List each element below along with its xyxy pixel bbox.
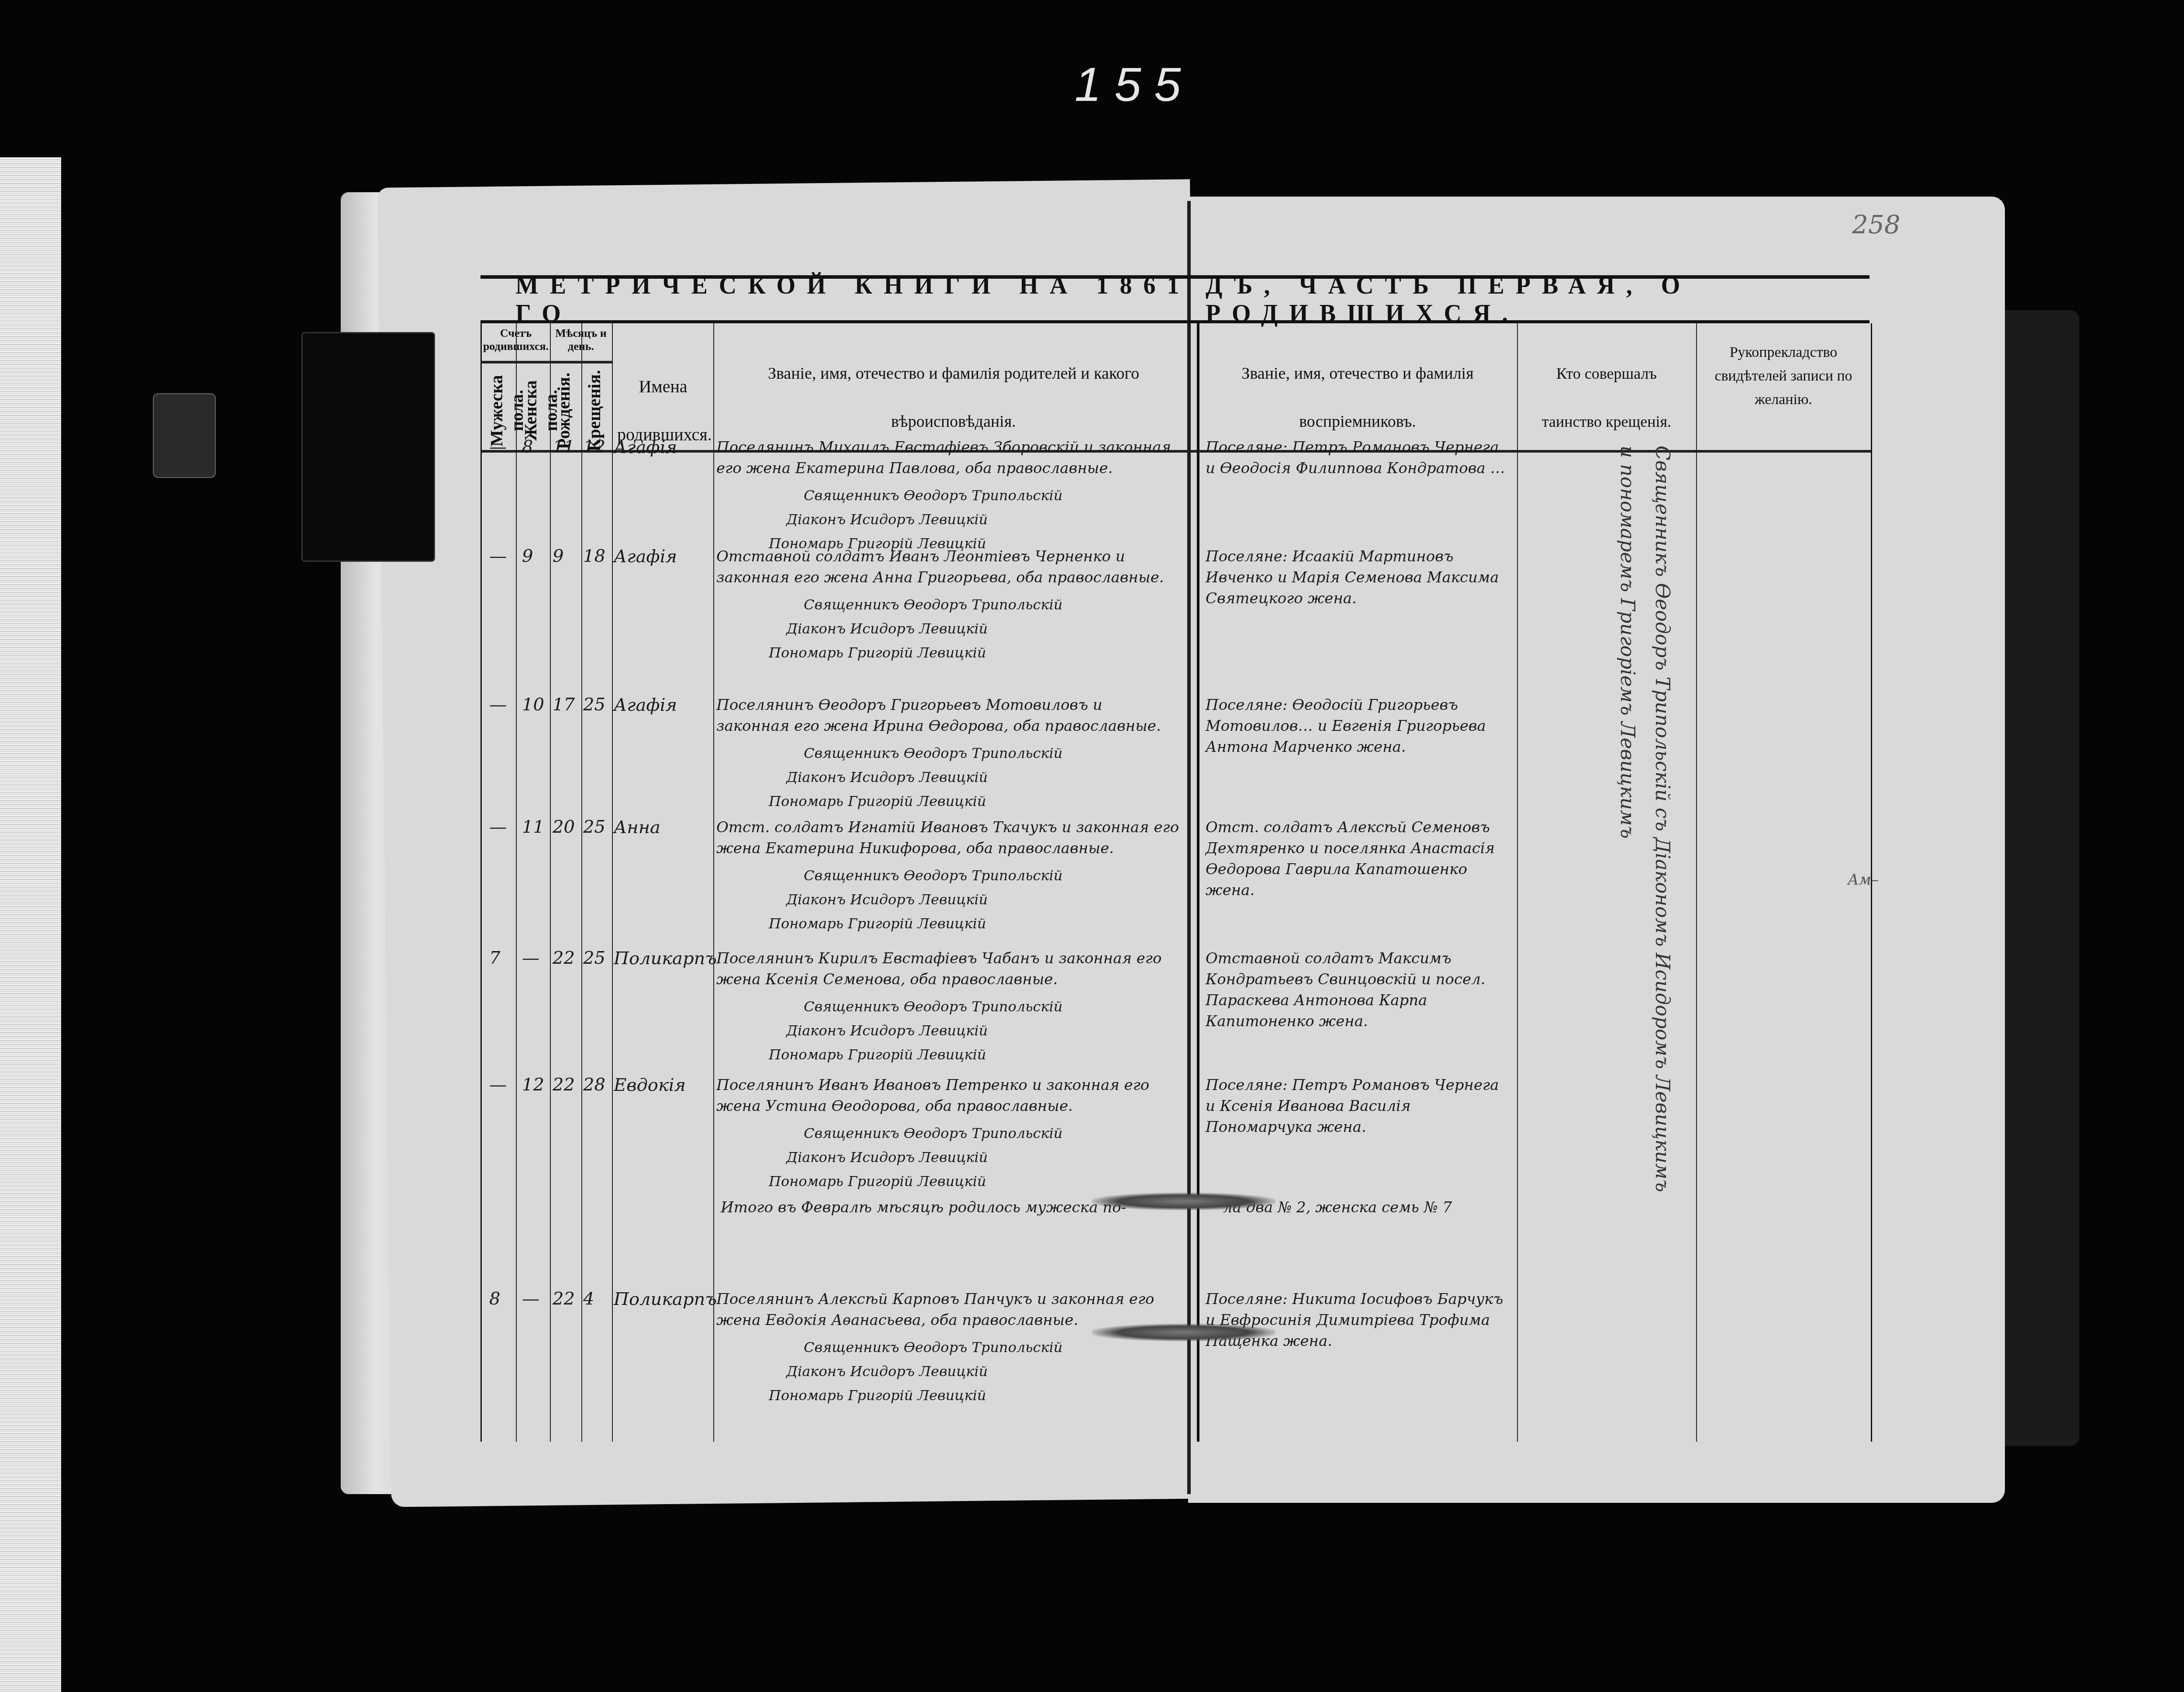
binder-clip: [301, 332, 435, 562]
entry-female: —: [522, 1289, 539, 1309]
entry-child-name: Агафія: [614, 437, 714, 458]
col-female: [516, 323, 551, 1442]
scan-artifact-left: [0, 157, 61, 1692]
entry-baptism-day: 12: [583, 437, 605, 457]
entry-female: 10: [522, 695, 544, 715]
col-names: [612, 323, 714, 1442]
entry-child-name: Евдокія: [614, 1075, 714, 1096]
officiant-note-line2: и пономаремъ Григоріемъ Левицкимъ: [1616, 446, 1638, 926]
entry-signature: Діаконъ Исидоръ Левицкій: [786, 1020, 1179, 1041]
entry-male: —: [489, 1075, 507, 1095]
header-godparents: Званіе, имя, отечество и фамилія воспріе…: [1207, 349, 1508, 446]
header-witnesses: Рукопрекладство свидѣтелей записи по жел…: [1700, 341, 1866, 412]
entry-female: 11: [522, 817, 544, 837]
entry-child-name: Поликарпъ: [614, 948, 714, 969]
entry-baptism-day: 28: [583, 1075, 605, 1095]
entry-parents: Отставной солдатъ Иванъ Леонтіевъ Чернен…: [716, 546, 1179, 588]
entry-child-name: Агафія: [614, 695, 714, 716]
entry-baptism-day: 4: [583, 1289, 594, 1309]
entry-godparents: Отст. солдатъ Алексѣй Семеновъ Дехтяренк…: [1206, 817, 1511, 901]
entry-godparents: Поселяне: Петръ Романовъ Чернега и Ксені…: [1206, 1075, 1511, 1138]
entry-signature: Священникъ Өеодоръ Трипольскій: [804, 594, 1197, 615]
entry-signature: Діаконъ Исидоръ Левицкій: [786, 767, 1179, 788]
frame-number: 155: [1075, 57, 1194, 112]
entry-female: 8: [522, 437, 533, 457]
entry-parents: Отст. солдатъ Игнатій Ивановъ Ткачукъ и …: [716, 817, 1179, 859]
entry-signature: Діаконъ Исидоръ Левицкій: [786, 618, 1179, 639]
header-parents: Званіе, имя, отечество и фамилія родител…: [726, 349, 1181, 446]
entry-birth-day: 22: [553, 1289, 575, 1309]
header-date-group: Мѣсяцъ и день.: [550, 327, 612, 353]
entry-male: —: [489, 546, 507, 566]
entry-baptism-day: 18: [583, 546, 605, 566]
summary-right: ла два № 2, женска семь № 7: [1223, 1197, 1616, 1218]
entry-parents: Поселянинъ Михаилъ Евстафіевъ Зборовскій…: [716, 437, 1179, 479]
entry-signature: Пономарь Григорій Левицкій: [769, 913, 1162, 934]
page-number: 258: [1852, 210, 1901, 239]
entry-signature: Пономарь Григорій Левицкій: [769, 1385, 1162, 1406]
entry-signature: Священникъ Өеодоръ Трипольскій: [804, 743, 1197, 764]
entry-signature: Пономарь Григорій Левицкій: [769, 1171, 1162, 1192]
entry-birth-day: 20: [553, 817, 575, 837]
entry-male: —: [489, 817, 507, 837]
entry-baptism-day: 25: [583, 948, 605, 968]
entry-signature: Діаконъ Исидоръ Левицкій: [786, 889, 1179, 910]
entry-signature: Священникъ Өеодоръ Трипольскій: [804, 865, 1197, 886]
entry-male: 7: [489, 948, 500, 968]
entry-parents: Поселянинъ Өеодоръ Григорьевъ Мотовиловъ…: [716, 695, 1179, 737]
header-officiant: Кто совершалъ таинство крещенія.: [1526, 349, 1687, 446]
entry-child-name: Поликарпъ: [614, 1289, 714, 1310]
entry-birth-day: 22: [553, 948, 575, 968]
entry-signature: Пономарь Григорій Левицкій: [769, 791, 1162, 812]
officiant-note-line1: Священникъ Өеодоръ Трипольскій съ Діакон…: [1651, 446, 1673, 1407]
entry-godparents: Поселяне: Петръ Романовъ Чернега и Өеодо…: [1206, 437, 1511, 479]
entry-signature: Пономарь Григорій Левицкій: [769, 642, 1162, 663]
entry-female: 9: [522, 546, 533, 566]
entry-male: —: [489, 437, 507, 457]
entry-female: —: [522, 948, 539, 968]
entry-godparents: Поселяне: Исаакій Мартиновъ Ивченко и Ма…: [1206, 546, 1511, 609]
col-male: [482, 323, 517, 1442]
binding-stitch-icon: [1092, 1324, 1275, 1341]
entry-birth-day: 9: [553, 546, 563, 566]
entry-parents: Поселянинъ Кирилъ Евстафіевъ Чабанъ и за…: [716, 948, 1179, 990]
entry-baptism-day: 25: [583, 817, 605, 837]
header-count-group: Счетъ родившихся.: [482, 327, 550, 353]
entry-signature: Священникъ Өеодоръ Трипольскій: [804, 485, 1197, 506]
entry-signature: Діаконъ Исидоръ Левицкій: [786, 1147, 1179, 1168]
entry-child-name: Анна: [614, 817, 714, 838]
entry-signature: Священникъ Өеодоръ Трипольскій: [804, 996, 1197, 1017]
entry-godparents: Поселяне: Өеодосій Григорьевъ Мотовилов……: [1206, 695, 1511, 758]
entry-birth-day: 22: [553, 1075, 575, 1095]
entry-signature: Пономарь Григорій Левицкій: [769, 1044, 1162, 1065]
title-left: МЕТРИЧЕСКОЙ КНИГИ НА 1861 ГО: [480, 275, 1197, 323]
entry-baptism-day: 25: [583, 695, 605, 715]
col-birth: [550, 323, 582, 1442]
entry-birth-day: 11: [553, 437, 575, 457]
entry-male: 8: [489, 1289, 500, 1309]
entry-child-name: Агафія: [614, 546, 714, 567]
entry-godparents: Отставной солдатъ Максимъ Кондратьевъ Св…: [1206, 948, 1511, 1032]
clip-screw-icon: [153, 393, 216, 478]
margin-note: Ам–: [1848, 869, 1879, 890]
binding-stitch-icon: [1092, 1193, 1275, 1210]
col-baptism: [581, 323, 613, 1442]
entry-godparents: Поселяне: Никита Іосифовъ Барчукъ и Евфр…: [1206, 1289, 1511, 1352]
entry-birth-day: 17: [553, 695, 575, 715]
entry-male: —: [489, 695, 507, 715]
entry-parents: Поселянинъ Иванъ Ивановъ Петренко и зако…: [716, 1075, 1179, 1117]
title-right: ДЪ, ЧАСТЬ ПЕРВАЯ, О РОДИВШИХСЯ.: [1197, 275, 1870, 323]
entry-female: 12: [522, 1075, 544, 1095]
entry-signature: Діаконъ Исидоръ Левицкій: [786, 509, 1179, 530]
entry-signature: Священникъ Өеодоръ Трипольскій: [804, 1123, 1197, 1144]
entry-signature: Діаконъ Исидоръ Левицкій: [786, 1361, 1179, 1382]
